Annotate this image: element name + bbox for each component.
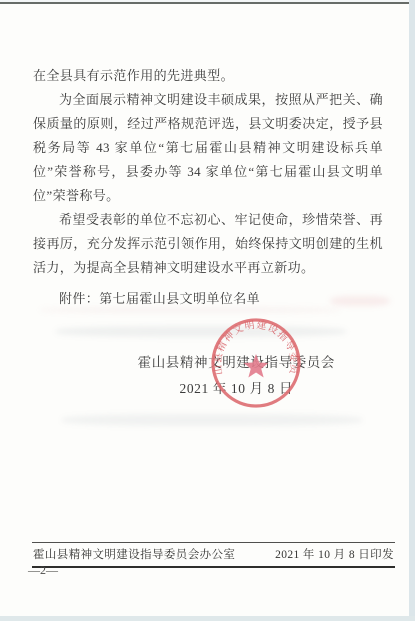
scanned-document-page: 在全县具有示范作用的先进典型。 为全面展示精神文明建设丰硕成果，按照从严把关、确… <box>0 0 415 621</box>
scan-edge-top <box>0 2 415 4</box>
paragraph-awards: 为全面展示精神文明建设丰硕成果，按照从严把关、确保质量的原则，经过严格规范评选，… <box>33 88 383 208</box>
page-number: —2— <box>28 563 58 578</box>
footer-issuer: 霍山县精神文明建设指导委员会办公室 <box>33 546 235 562</box>
scan-edge-right <box>409 0 415 621</box>
signature-organization: 霍山县精神文明建设指导委员会 <box>138 350 335 376</box>
signature-date: 2021 年 10 月 8 日 <box>138 376 335 402</box>
signature-block: 霍山县精神文明建设指导委员会 2021 年 10 月 8 日 <box>138 350 335 402</box>
scan-edge-bottom <box>0 616 415 621</box>
footer-colophon: 霍山县精神文明建设指导委员会办公室 2021 年 10 月 8 日印发 <box>32 542 395 568</box>
paragraph-expectations: 希望受表彰的单位不忘初心、牢记使命，珍惜荣誉、再接再厉，充分发挥示范引领作用，始… <box>33 208 383 280</box>
paragraph-continuation: 在全县具有示范作用的先进典型。 <box>33 64 383 88</box>
footer-print-date: 2021 年 10 月 8 日印发 <box>275 546 394 562</box>
attachment-line: 附件：第七届霍山县文明单位名单 <box>33 288 393 307</box>
document-body: 在全县具有示范作用的先进典型。 为全面展示精神文明建设丰硕成果，按照从严把关、确… <box>33 64 383 280</box>
